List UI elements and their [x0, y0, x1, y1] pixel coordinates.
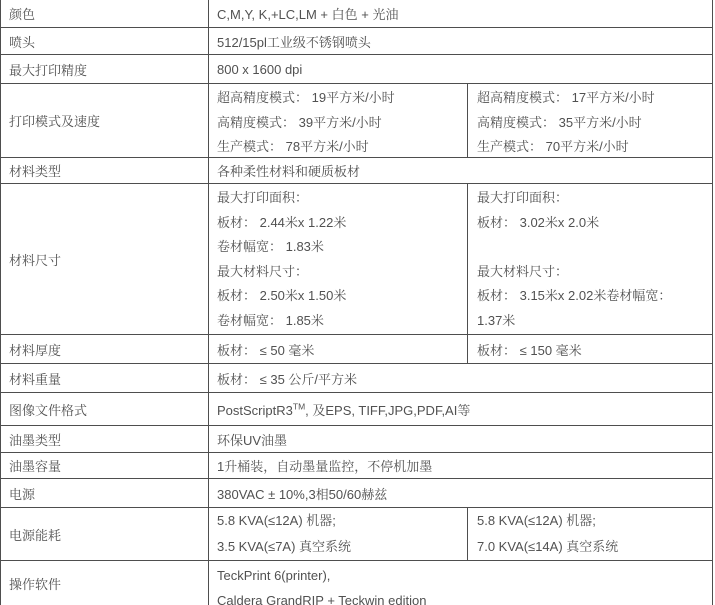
spec-value-right: 5.8 KVA(≤12A) 机器; 7.0 KVA(≤14A) 真空系统	[468, 508, 712, 560]
spec-line: 最大材料尺寸：	[477, 260, 712, 285]
row-ink-type: 油墨类型 环保UV油墨	[1, 426, 712, 453]
spec-line: 高精度模式： 39平方米/小时	[217, 111, 467, 136]
spec-label-text: 材料尺寸	[9, 250, 61, 269]
spec-line: 最大打印面积：	[217, 186, 467, 211]
spec-value: PostScriptR3TM, 及EPS, TIFF,JPG,PDF,AI等	[209, 393, 712, 425]
row-print-mode-speed: 打印模式及速度 超高精度模式： 19平方米/小时 高精度模式： 39平方米/小时…	[1, 84, 712, 158]
spec-line: 3.5 KVA(≤7A) 真空系统	[217, 534, 467, 560]
row-material-type: 材料类型 各种柔性材料和硬质板材	[1, 158, 712, 184]
spec-value: C,M,Y, K,+LC,LM + 白色 + 光油	[209, 0, 712, 27]
spec-label-text: 材料类型	[9, 161, 61, 180]
spec-value-left: 5.8 KVA(≤12A) 机器; 3.5 KVA(≤7A) 真空系统	[209, 508, 468, 560]
row-power-consumption: 电源能耗 5.8 KVA(≤12A) 机器; 3.5 KVA(≤7A) 真空系统…	[1, 508, 712, 561]
row-max-resolution: 最大打印精度 800 x 1600 dpi	[1, 55, 712, 84]
spec-value-left: 板材： ≤ 50 毫米	[209, 335, 468, 363]
spec-line: 5.8 KVA(≤12A) 机器;	[477, 508, 712, 534]
spec-line: 板材： 3.15米x 2.02米卷材幅宽：	[477, 284, 712, 309]
spec-value-text: 板材： ≤ 50 毫米	[217, 340, 314, 359]
row-material-weight: 材料重量 板材： ≤ 35 公斤/平方米	[1, 364, 712, 393]
spec-line: 卷材幅宽： 1.85米	[217, 309, 467, 334]
spec-value-text: 环保UV油墨	[217, 430, 287, 449]
spec-value-text: C,M,Y, K,+LC,LM + 白色 + 光油	[217, 4, 398, 23]
spec-line: 1.37米	[477, 309, 712, 334]
row-printhead: 喷头 512/15pl工业级不锈钢喷头	[1, 28, 712, 55]
row-power-supply: 电源 380VAC ± 10%,3相50/60赫兹	[1, 479, 712, 508]
spec-label: 打印模式及速度	[1, 84, 209, 157]
spec-value-right: 板材： ≤ 150 毫米	[468, 335, 712, 363]
spec-line: 超高精度模式： 19平方米/小时	[217, 86, 467, 111]
spec-value-text: PostScriptR3TM, 及EPS, TIFF,JPG,PDF,AI等	[217, 400, 470, 419]
spec-value-text: 512/15pl工业级不锈钢喷头	[217, 32, 371, 51]
spec-line: 超高精度模式： 17平方米/小时	[477, 86, 712, 111]
spec-label: 油墨类型	[1, 426, 209, 452]
spec-value: TeckPrint 6(printer), Caldera GrandRIP +…	[209, 561, 712, 605]
spec-value: 380VAC ± 10%,3相50/60赫兹	[209, 479, 712, 507]
spec-label: 材料重量	[1, 364, 209, 392]
spec-label-text: 操作软件	[9, 574, 61, 593]
spec-value: 1升桶装，自动墨量监控，不停机加墨	[209, 453, 712, 478]
spec-label-text: 颜色	[9, 4, 35, 23]
spec-label: 电源能耗	[1, 508, 209, 560]
row-ink-capacity: 油墨容量 1升桶装，自动墨量监控，不停机加墨	[1, 453, 712, 479]
spec-line: TeckPrint 6(printer),	[217, 563, 712, 588]
spec-label: 喷头	[1, 28, 209, 54]
spec-value-right: 最大打印面积： 板材： 3.02米x 2.0米 最大材料尺寸： 板材： 3.15…	[468, 184, 712, 334]
spec-label: 电源	[1, 479, 209, 507]
spec-line: 板材： 2.50米x 1.50米	[217, 284, 467, 309]
spec-label: 操作软件	[1, 561, 209, 605]
spec-label-text: 油墨容量	[9, 456, 61, 475]
spec-value-left: 最大打印面积： 板材： 2.44米x 1.22米 卷材幅宽： 1.83米 最大材…	[209, 184, 468, 334]
trademark-superscript: TM	[293, 401, 305, 411]
spec-line: 板材： 2.44米x 1.22米	[217, 211, 467, 236]
spec-value-text: 380VAC ± 10%,3相50/60赫兹	[217, 484, 387, 503]
spec-label: 油墨容量	[1, 453, 209, 478]
spec-label-text: 喷头	[9, 32, 35, 51]
row-material-size: 材料尺寸 最大打印面积： 板材： 2.44米x 1.22米 卷材幅宽： 1.83…	[1, 184, 712, 335]
spec-label-text: 电源能耗	[9, 525, 61, 544]
spec-value-text: 800 x 1600 dpi	[217, 62, 302, 77]
spec-value-left: 超高精度模式： 19平方米/小时 高精度模式： 39平方米/小时 生产模式： 7…	[209, 84, 468, 157]
spec-label: 最大打印精度	[1, 55, 209, 83]
row-image-file-format: 图像文件格式 PostScriptR3TM, 及EPS, TIFF,JPG,PD…	[1, 393, 712, 426]
spec-value: 800 x 1600 dpi	[209, 55, 712, 83]
spec-label: 材料类型	[1, 158, 209, 183]
spec-value: 512/15pl工业级不锈钢喷头	[209, 28, 712, 54]
spec-line: 卷材幅宽： 1.83米	[217, 235, 467, 260]
spec-label-text: 电源	[9, 484, 35, 503]
spec-line: 最大打印面积：	[477, 186, 712, 211]
spec-label: 材料尺寸	[1, 184, 209, 334]
spec-line: 高精度模式： 35平方米/小时	[477, 111, 712, 136]
spec-line: 5.8 KVA(≤12A) 机器;	[217, 508, 467, 534]
spec-value-text: 板材： ≤ 35 公斤/平方米	[217, 369, 357, 388]
spec-line: 生产模式： 78平方米/小时	[217, 135, 467, 160]
spec-value-text: 各种柔性材料和硬质板材	[217, 161, 360, 180]
row-color: 颜色 C,M,Y, K,+LC,LM + 白色 + 光油	[1, 0, 712, 28]
spec-value: 环保UV油墨	[209, 426, 712, 452]
formats-text: , 及EPS, TIFF,JPG,PDF,AI等	[305, 403, 470, 418]
spec-line: 板材： 3.02米x 2.0米	[477, 211, 712, 236]
spec-label: 材料厚度	[1, 335, 209, 363]
spec-value-right: 超高精度模式： 17平方米/小时 高精度模式： 35平方米/小时 生产模式： 7…	[468, 84, 712, 157]
spec-value-text: 1升桶装，自动墨量监控，不停机加墨	[217, 456, 432, 475]
printer-spec-table: 颜色 C,M,Y, K,+LC,LM + 白色 + 光油 喷头 512/15pl…	[0, 0, 713, 605]
spec-value: 板材： ≤ 35 公斤/平方米	[209, 364, 712, 392]
spec-label-text: 材料厚度	[9, 340, 61, 359]
spec-line: Caldera GrandRIP + Teckwin edition	[217, 588, 712, 605]
spec-label: 图像文件格式	[1, 393, 209, 425]
spec-label-text: 图像文件格式	[9, 400, 87, 419]
spec-label-text: 打印模式及速度	[9, 111, 100, 130]
spec-line: 7.0 KVA(≤14A) 真空系统	[477, 534, 712, 560]
spec-line: 生产模式： 70平方米/小时	[477, 135, 712, 160]
row-material-thickness: 材料厚度 板材： ≤ 50 毫米 板材： ≤ 150 毫米	[1, 335, 712, 364]
spec-label-text: 最大打印精度	[9, 60, 87, 79]
spec-value-text: 板材： ≤ 150 毫米	[477, 340, 582, 359]
spec-line: 最大材料尺寸：	[217, 260, 467, 285]
spec-value: 各种柔性材料和硬质板材	[209, 158, 712, 183]
spec-label-text: 油墨类型	[9, 430, 61, 449]
spec-label: 颜色	[1, 0, 209, 27]
postscript-text: PostScriptR3	[217, 403, 293, 418]
spec-label-text: 材料重量	[9, 369, 61, 388]
row-operating-software: 操作软件 TeckPrint 6(printer), Caldera Grand…	[1, 561, 712, 605]
spec-line-blank	[477, 235, 712, 260]
